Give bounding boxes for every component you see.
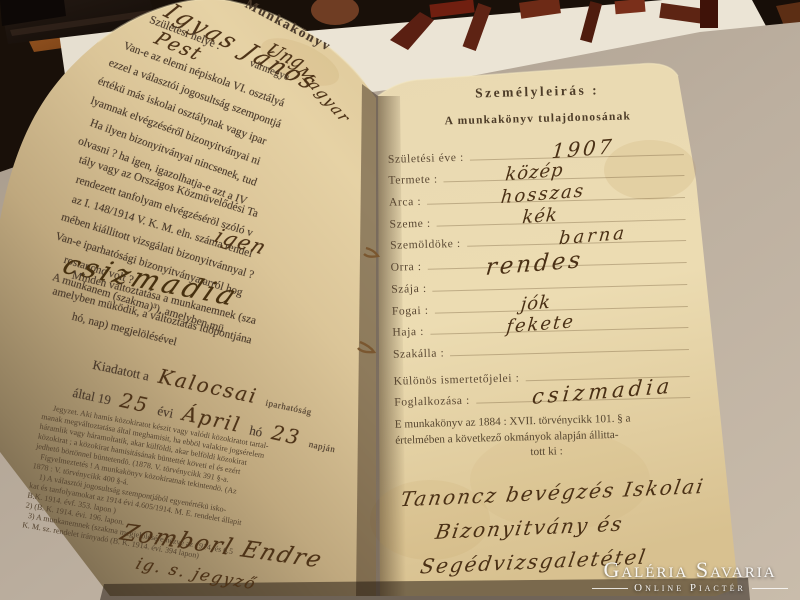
- field-rule: barna: [466, 226, 686, 247]
- photo-object: [700, 0, 718, 28]
- watermark-title: Galéria Savaria: [592, 558, 788, 582]
- watermark: Galéria Savaria Online Piactér: [592, 558, 788, 594]
- field-rule: csizmadia: [476, 383, 691, 404]
- right-page: Személyleirás : A munkakönyv tulajdonosá…: [380, 80, 707, 582]
- field-label: Orra :: [391, 260, 422, 274]
- photo-scene: Munkakönyv Igyas János Születési helye :…: [0, 0, 800, 600]
- left-page-shape: [0, 0, 376, 596]
- description-fields: Születési éve : 1907 Termete : közép Arc…: [381, 136, 702, 409]
- description-subheading: A munkakönyv tulajdonosának: [381, 109, 695, 129]
- watermark-subtitle: Online Piactér: [592, 582, 788, 594]
- field-rule: [450, 335, 689, 356]
- field-label: Arca :: [389, 195, 422, 209]
- field-label: Termete :: [388, 173, 438, 187]
- handwritten-value: jók: [519, 291, 551, 315]
- occupation-label: Foglalkozása :: [394, 394, 470, 409]
- field-label: Szakálla :: [393, 346, 445, 360]
- field-label: Szeme :: [389, 216, 431, 230]
- field-label: Haja :: [392, 325, 424, 339]
- handwritten-value: kék: [522, 204, 559, 228]
- field-label: Szája :: [391, 282, 427, 296]
- law-paragraph: E munkakönyv az 1884 : XVII. törvénycikk…: [389, 410, 704, 465]
- field-rule: 1907: [470, 140, 684, 161]
- handwritten-value: 1907: [551, 134, 616, 163]
- field-label: Fogai :: [392, 303, 429, 317]
